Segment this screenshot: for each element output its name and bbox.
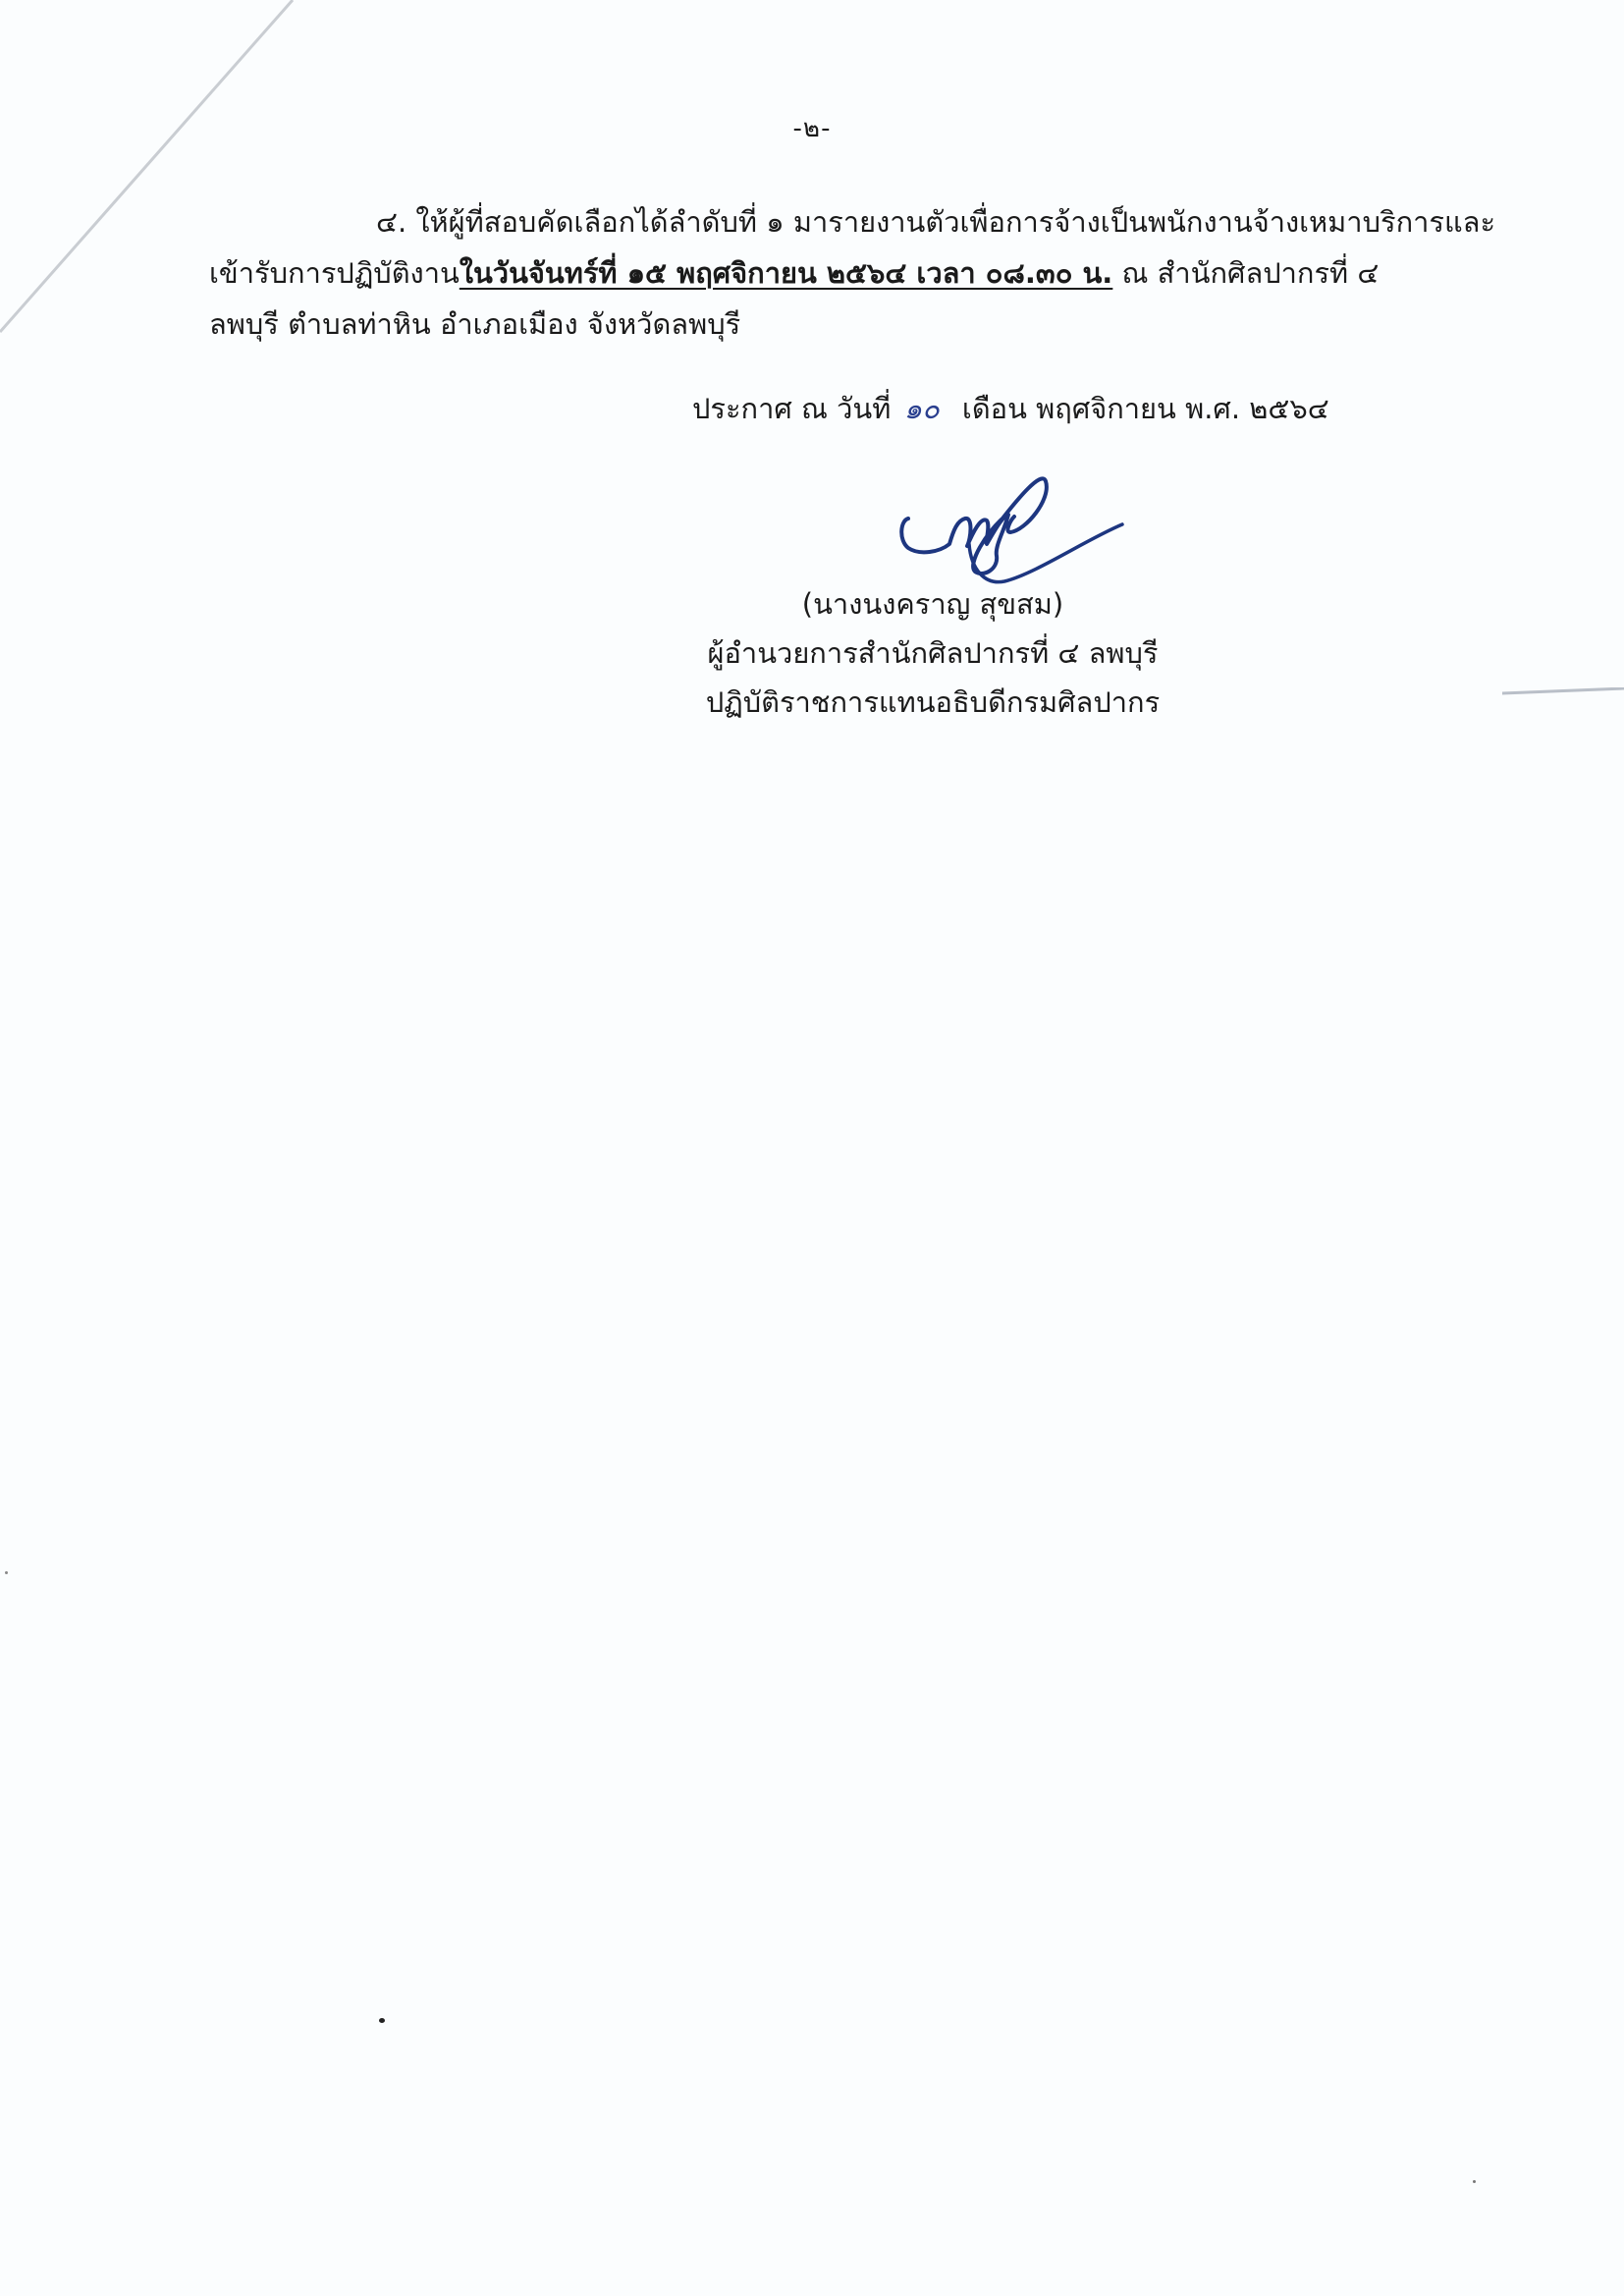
scan-speck <box>379 2018 385 2023</box>
document-page: -๒- ๔. ให้ผู้ที่สอบคัดเลือกได้ลำดับที่ ๑… <box>0 0 1624 2296</box>
paragraph-line-2: เข้ารับการปฏิบัติงานในวันจันทร์ที่ ๑๕ พฤ… <box>209 247 1379 299</box>
paragraph-line-3: ลพบุรี ตำบลท่าหิน อำเภอเมือง จังหวัดลพบุ… <box>209 299 740 350</box>
signatory-block: (นางนงคราญ สุขสม) ผู้อำนวยการสำนักศิลปาก… <box>677 579 1188 727</box>
paragraph-line-1: ๔. ให้ผู้ที่สอบคัดเลือกได้ลำดับที่ ๑ มาร… <box>376 196 1495 247</box>
report-date-time: ในวันจันทร์ที่ ๑๕ พฤศจิกายน ๒๕๖๔ เวลา ๐๘… <box>460 256 1113 290</box>
line2-prefix: เข้ารับการปฏิบัติงาน <box>209 256 460 290</box>
signatory-name: (นางนงคราญ สุขสม) <box>677 579 1188 629</box>
announcement-prefix: ประกาศ ณ วันที่ <box>692 392 900 425</box>
line2-suffix: ณ สำนักศิลปากรที่ ๔ <box>1112 256 1379 290</box>
scan-speck <box>1473 2180 1476 2183</box>
signatory-position: ผู้อำนวยการสำนักศิลปากรที่ ๔ ลพบุรี <box>677 629 1188 678</box>
page-number: -๒- <box>0 108 1624 148</box>
signatory-acting-for: ปฏิบัติราชการแทนอธิบดีกรมศิลปากร <box>677 678 1188 727</box>
signature-icon <box>889 462 1124 589</box>
announcement-suffix: เดือน พฤศจิกายน พ.ศ. ๒๕๖๔ <box>953 392 1329 425</box>
scan-streak <box>1502 687 1624 695</box>
handwritten-day: ๑๐ <box>900 392 953 425</box>
scan-speck <box>5 1571 8 1574</box>
announcement-date: ประกาศ ณ วันที่ ๑๐ เดือน พฤศจิกายน พ.ศ. … <box>692 383 1329 434</box>
